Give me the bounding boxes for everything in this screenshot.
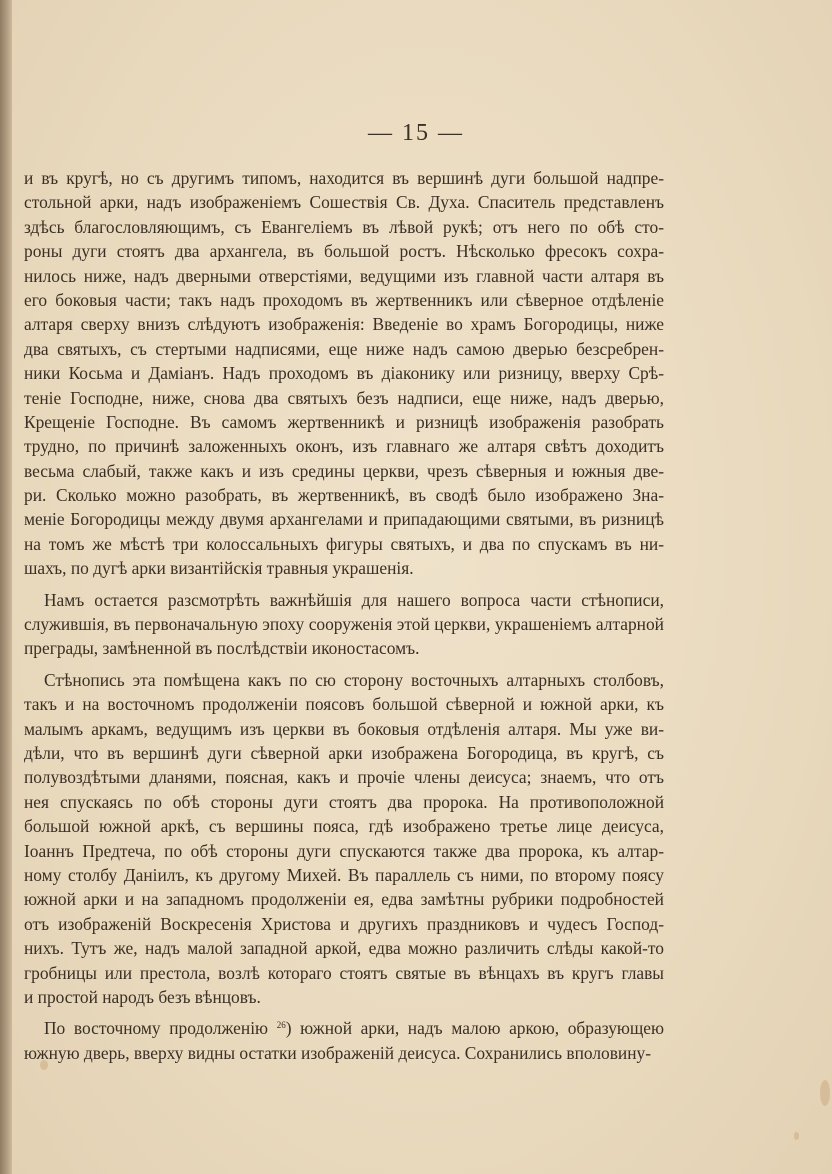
text-line: ники Косьма и Даміанъ. Надъ проходомъ въ… [24,361,664,385]
paragraph-gap [24,661,664,668]
text-line: шахъ, по дугѣ арки византійскія травныя … [24,556,664,580]
text-line: здѣсь благословляющимъ, съ Евангеліемъ в… [24,215,664,239]
text-line: По восточному продолженію 26) южной арки… [24,1016,664,1040]
text-line: алтаря сверху внизъ слѣдуютъ изображенія… [24,312,664,336]
text-line: такъ и на восточномъ продолженіи поясовъ… [24,692,664,716]
page-number: — 15 — [0,120,832,147]
text-line: полувоздѣтыми дланями, поясная, какъ и п… [24,765,664,789]
text-line: Стѣнопись эта помѣщена какъ по сю сторон… [24,668,664,692]
text-line: нея спускаясь по обѣ стороны дуги стоятъ… [24,790,664,814]
foxing-spot [794,1132,799,1140]
text-line: дѣли, что въ вершинѣ дуги сѣверной арки … [24,741,664,765]
paragraph-gap [24,581,664,588]
text-line: южной арки и на западномъ продолженіи ея… [24,887,664,911]
text-line: ри. Сколько можно разобрать, въ жертвенн… [24,483,664,507]
text-line: нихъ. Тутъ же, надъ малой западной аркой… [24,936,664,960]
text-line: и въ кругѣ, но съ другимъ типомъ, находи… [24,166,664,190]
text-line: Намъ остается разсмотрѣть важнѣйшія для … [24,588,664,612]
footnote-marker[interactable]: 26 [277,1020,286,1030]
foxing-spot [820,1080,830,1106]
paragraph: Стѣнопись эта помѣщена какъ по сю сторон… [24,668,664,1009]
text-line: большой южной аркѣ, съ вершины пояса, гд… [24,814,664,838]
text-line: два святыхъ, съ стертыми надписями, еще … [24,337,664,361]
text-line: преграды, замѣненной въ послѣдствіи икон… [24,636,664,660]
book-binding-edge [0,0,12,1174]
text-line: нилось ниже, надъ дверными отверстіями, … [24,264,664,288]
text-line: его боковыя части; такъ надъ проходомъ в… [24,288,664,312]
paragraph: и въ кругѣ, но съ другимъ типомъ, находи… [24,166,664,581]
paragraph: По восточному продолженію 26) южной арки… [24,1016,664,1065]
text-line: южную дверь, вверху видны остатки изобра… [24,1041,664,1065]
paragraph-gap [24,1009,664,1016]
text-line: стольной арки, надъ изображеніемъ Сошест… [24,190,664,214]
body-text: и въ кругѣ, но съ другимъ типомъ, находи… [24,166,664,1065]
paragraph: Намъ остается разсмотрѣть важнѣйшія для … [24,588,664,661]
text-line: отъ изображеній Воскресенія Христова и д… [24,912,664,936]
text-line: Крещеніе Господне. Въ самомъ жертвенникѣ… [24,410,664,434]
text-line: и простой народъ безъ вѣнцовъ. [24,985,664,1009]
text-line: меніе Богородицы между двумя архангелами… [24,507,664,531]
text-line: роны дуги стоятъ два архангела, въ больш… [24,239,664,263]
text-line: Іоаннъ Предтеча, по обѣ стороны дуги спу… [24,839,664,863]
text-line: служившія, въ первоначальную эпоху соору… [24,612,664,636]
text-line: малымъ аркамъ, ведущимъ изъ церкви въ бо… [24,717,664,741]
text-line: теніе Господне, ниже, снова два святыхъ … [24,386,664,410]
text-line: гробницы или престола, возлѣ котораго ст… [24,961,664,985]
text-line: весьма слабый, также какъ и изъ средины … [24,459,664,483]
text-line: на томъ же мѣстѣ три колоссальныхъ фигур… [24,532,664,556]
text-line: ному столбу Даніилъ, къ другому Михей. В… [24,863,664,887]
text-line: трудно, по причинѣ заложенныхъ оконъ, из… [24,434,664,458]
